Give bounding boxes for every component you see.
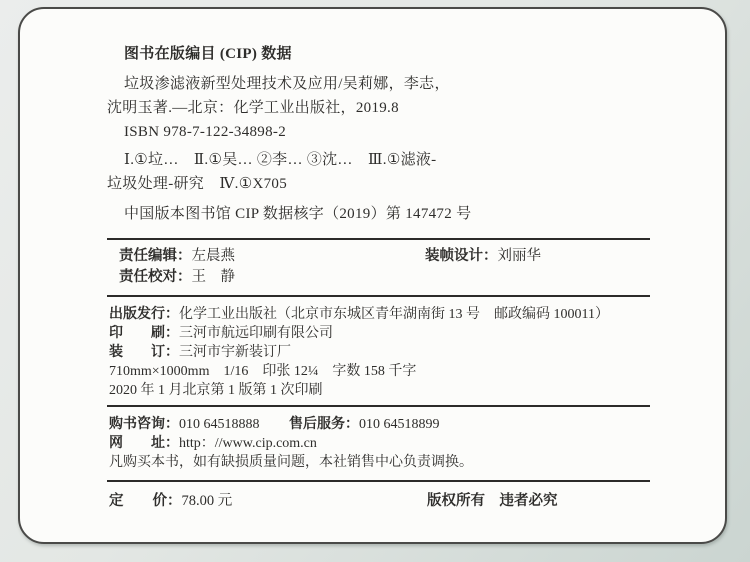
after-sales-phone: 010 64518899 — [359, 417, 440, 432]
proofreader-label: 责任校对： — [119, 269, 192, 285]
cip-heading: 图书在版编目 (CIP) 数据 — [107, 42, 650, 66]
printer-row: 印 刷：三河市航远印刷有限公司 — [109, 324, 650, 343]
format-row: 710mm×1000mm 1/16 印张 12¼ 字数 158 千字 — [109, 362, 650, 381]
design-name: 刘丽华 — [498, 248, 542, 264]
printer-label: 印 刷： — [109, 326, 179, 341]
printer-value: 三河市航远印刷有限公司 — [179, 326, 333, 341]
book-publisher-line: 沈明玉著.—北京：化学工业出版社，2019.8 — [107, 96, 650, 120]
purchase-inquiry-phone: 010 64518888 — [179, 417, 260, 432]
design-label: 装帧设计： — [425, 248, 498, 264]
page-content: 图书在版编目 (CIP) 数据 垃圾渗滤液新型处理技术及应用/吴莉娜，李志， 沈… — [107, 42, 650, 511]
price-row: 定 价：78.00 元 版权所有 违者必究 — [107, 482, 650, 511]
binder-value: 三河市宇新装订厂 — [179, 345, 291, 360]
copyright-notice: 版权所有 违者必究 — [427, 492, 558, 511]
staff-block: 责任编辑：左晨燕 装帧设计：刘丽华 责任校对：王 静 — [107, 240, 650, 295]
book-title-line: 垃圾渗滤液新型处理技术及应用/吴莉娜，李志， — [107, 72, 650, 96]
copyright-page: 图书在版编目 (CIP) 数据 垃圾渗滤液新型处理技术及应用/吴莉娜，李志， 沈… — [18, 7, 727, 544]
isbn-line: ISBN 978-7-122-34898-2 — [107, 120, 650, 144]
after-sales-label: 售后服务： — [289, 417, 359, 432]
editor-name: 左晨燕 — [192, 248, 236, 264]
purchase-inquiry-label: 购书咨询： — [109, 417, 179, 432]
website-url: http：//www.cip.com.cn — [179, 436, 317, 451]
website-label: 网 址： — [109, 436, 179, 451]
publisher-label: 出版发行： — [109, 307, 179, 322]
design-cell: 装帧设计：刘丽华 — [425, 246, 541, 267]
binder-row: 装 订：三河市宇新装订厂 — [109, 343, 650, 362]
classification-block: Ⅰ.①垃… Ⅱ.①吴… ②李… ③沈… Ⅲ.①滤液- 垃圾处理-研究 Ⅳ.①X7… — [107, 148, 650, 196]
phones-row: 购书咨询：010 64518888 售后服务：010 64518899 — [109, 415, 650, 434]
publishing-block: 出版发行：化学工业出版社（北京市东城区青年湖南街 13 号 邮政编码 10001… — [107, 297, 650, 405]
website-row: 网 址：http：//www.cip.com.cn — [109, 434, 650, 453]
binder-label: 装 订： — [109, 345, 179, 360]
classification-line-2: 垃圾处理-研究 Ⅳ.①X705 — [107, 172, 650, 196]
publisher-value: 化学工业出版社（北京市东城区青年湖南街 13 号 邮政编码 100011） — [179, 307, 609, 322]
service-block: 购书咨询：010 64518888 售后服务：010 64518899 网 址：… — [107, 407, 650, 480]
cip-record-line: 中国版本图书馆 CIP 数据核字（2019）第 147472 号 — [107, 202, 650, 226]
exchange-notice-row: 凡购买本书，如有缺损质量问题，本社销售中心负责调换。 — [109, 453, 650, 472]
editor-label: 责任编辑： — [119, 248, 192, 264]
price-value: 78.00 元 — [182, 493, 233, 509]
edition-row: 2020 年 1 月北京第 1 版第 1 次印刷 — [109, 381, 650, 400]
publisher-row: 出版发行：化学工业出版社（北京市东城区青年湖南街 13 号 邮政编码 10001… — [109, 305, 650, 324]
staff-row-proofreader: 责任校对：王 静 — [119, 267, 650, 288]
staff-row-editor: 责任编辑：左晨燕 装帧设计：刘丽华 — [119, 246, 650, 267]
price-label: 定 价： — [109, 493, 182, 509]
classification-line-1: Ⅰ.①垃… Ⅱ.①吴… ②李… ③沈… Ⅲ.①滤液- — [107, 148, 650, 172]
proofreader-name: 王 静 — [192, 269, 236, 285]
cip-block: 图书在版编目 (CIP) 数据 垃圾渗滤液新型处理技术及应用/吴莉娜，李志， 沈… — [107, 42, 650, 226]
